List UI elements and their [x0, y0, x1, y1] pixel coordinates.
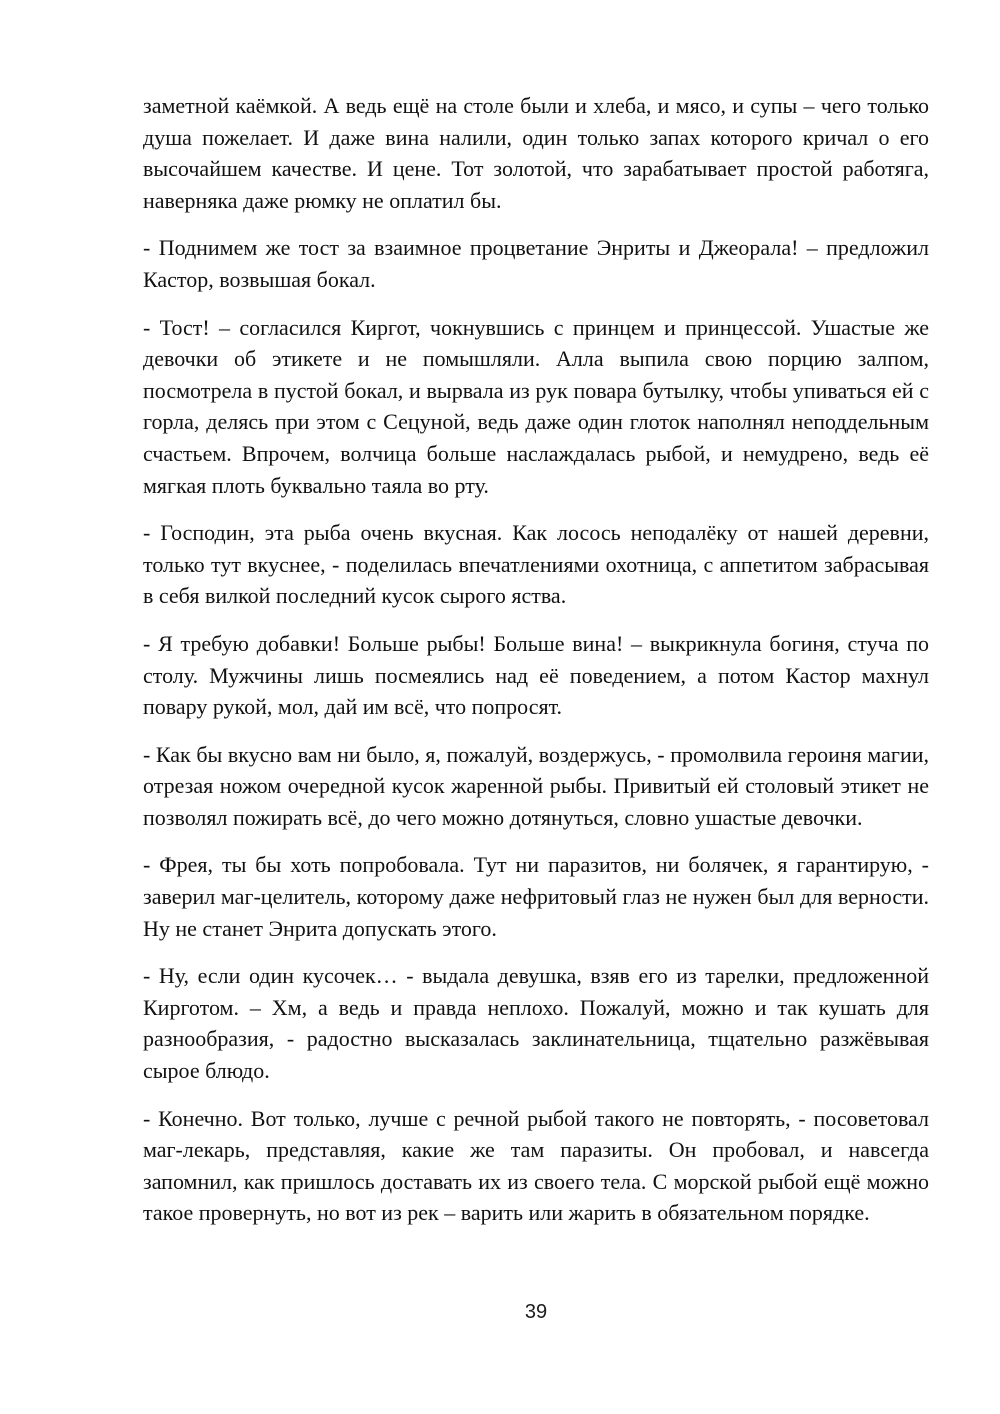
paragraph: - Господин, эта рыба очень вкусная. Как …: [143, 517, 929, 612]
paragraph: - Тост! – согласился Киргот, чокнувшись …: [143, 312, 929, 502]
paragraph: - Фрея, ты бы хоть попробовала. Тут ни п…: [143, 849, 929, 944]
text-block: заметной каёмкой. А ведь ещё на столе бы…: [143, 90, 929, 1229]
paragraph: - Конечно. Вот только, лучше с речной ры…: [143, 1103, 929, 1229]
paragraph: заметной каёмкой. А ведь ещё на столе бы…: [143, 90, 929, 216]
paragraph: - Ну, если один кусочек… - выдала девушк…: [143, 960, 929, 1086]
page-number: 39: [143, 1301, 929, 1324]
paragraph: - Как бы вкусно вам ни было, я, пожалуй,…: [143, 739, 929, 834]
paragraph: - Я требую добавки! Больше рыбы! Больше …: [143, 628, 929, 723]
paragraph: - Поднимем же тост за взаимное процветан…: [143, 232, 929, 295]
document-page: заметной каёмкой. А ведь ещё на столе бы…: [0, 0, 1000, 1414]
